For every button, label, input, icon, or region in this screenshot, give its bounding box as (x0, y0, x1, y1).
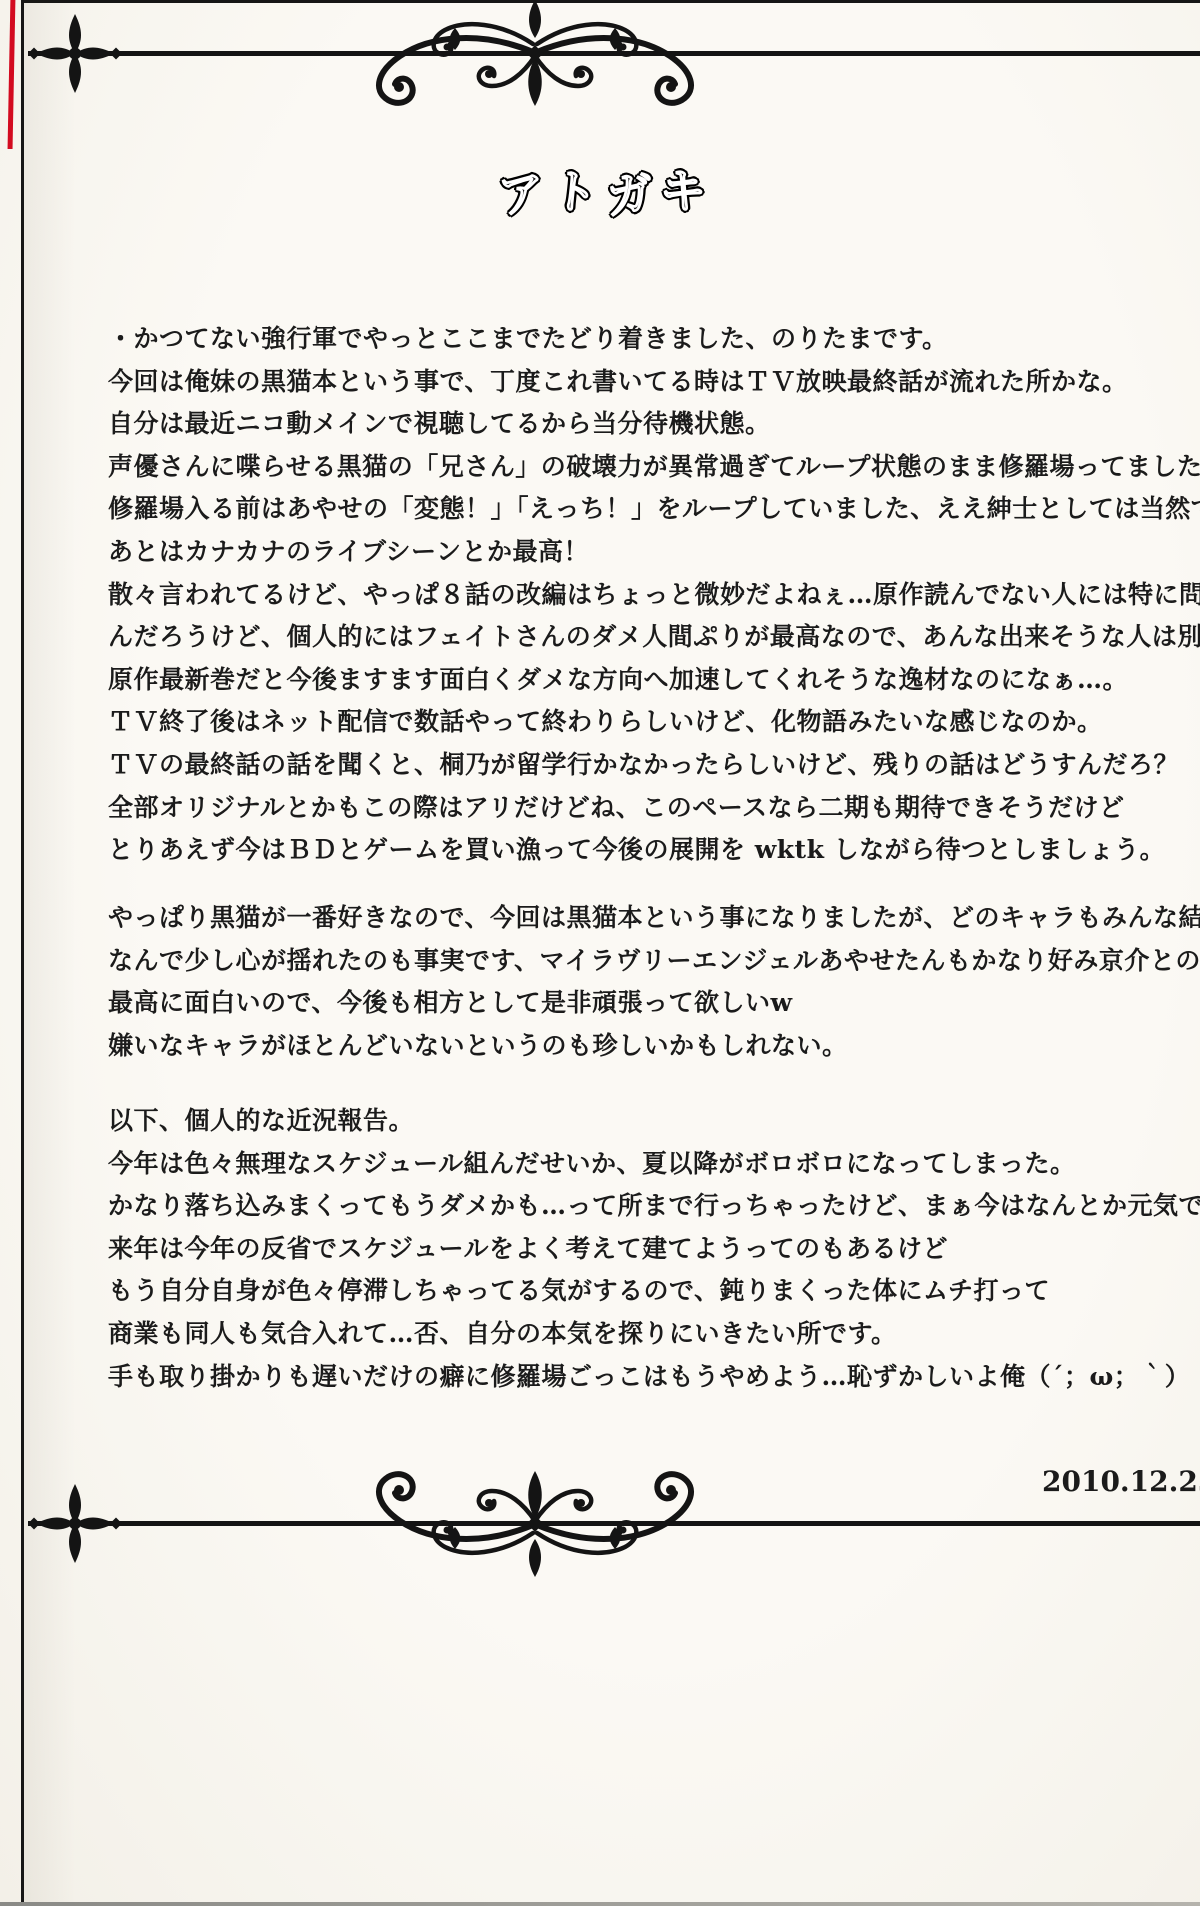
text-line: あとはカナカナのライブシーンとか最高！ (108, 531, 1200, 574)
text-line: 修羅場入る前はあやせの「変態！」「えっち！」をループしていました、ええ紳士として… (108, 488, 1200, 531)
text-line: 手も取り掛かりも遅いだけの癖に修羅場ごっこはもうやめよう…恥ずかしいよ俺（´；ω… (108, 1356, 1200, 1399)
paragraph-3: 以下、個人的な近況報告。 今年は色々無理なスケジュール組んだせいか、夏以降がボロ… (108, 1100, 1200, 1398)
text-line: もう自分自身が色々停滞しちゃってる気がするので、鈍りまくった体にムチ打って (108, 1270, 1200, 1313)
text-line: 来年は今年の反省でスケジュールをよく考えて建てようってのもあるけど (108, 1228, 1200, 1271)
ornamental-divider-top-icon (0, 0, 1200, 114)
text-line: 最高に面白いので、今後も相方として是非頑張って欲しいw (108, 982, 1200, 1025)
text-line: やっぱり黒猫が一番好きなので、今回は黒猫本という事になりましたが、どのキャラもみ… (108, 897, 1200, 940)
text-line: なんで少し心が揺れたのも事実です、マイラヴリーエンジェルあやせたんもかなり好み京… (108, 940, 1200, 983)
title-char: ガ (603, 157, 656, 227)
text-line: 全部オリジナルとかもこの際はアリだけどね、このペースなら二期も期待できそうだけど (108, 787, 1200, 830)
text-line: 原作最新巻だと今後ますます面白くダメな方向へ加速してくれそうな逸材なのになぁ…。 (108, 659, 1200, 702)
date-signature: 2010.12.23 のりたま (1042, 1460, 1200, 1500)
text-line: とりあえず今はＢＤとゲームを買い漁って今後の展開を wktk しながら待つとしま… (108, 829, 1200, 872)
text-line: 散々言われてるけど、やっぱ８話の改編はちょっと微妙だよねぇ…原作読んでない人には… (108, 574, 1200, 617)
text-line: ・かつてない強行軍でやっとここまでたどり着きました、のりたまです。 (108, 318, 1200, 361)
title-char: ト (549, 154, 602, 224)
text-line: ＴＶ終了後はネット配信で数話やって終わりらしいけど、化物語みたいな感じなのか。 (108, 701, 1200, 744)
title-char: キ (656, 152, 710, 223)
text-line: 今回は俺妹の黒猫本という事で、丁度これ書いてる時はＴＶ放映最終話が流れた所かな。 (108, 361, 1200, 404)
paragraph-2: やっぱり黒猫が一番好きなので、今回は黒猫本という事になりましたが、どのキャラもみ… (108, 897, 1200, 1067)
text-line: 商業も同人も気合入れて…否、自分の本気を探りにいきたい所です。 (108, 1313, 1200, 1356)
binding-shadow (24, 0, 76, 1906)
page-edge-bottom (0, 1902, 1200, 1906)
title-char: ア (493, 155, 549, 227)
paragraph-1: ・かつてない強行軍でやっとここまでたどり着きました、のりたまです。 今回は俺妹の… (108, 318, 1200, 872)
text-line: 声優さんに喋らせる黒猫の「兄さん」の破壊力が異常過ぎてループ状態のまま修羅場って… (108, 446, 1200, 489)
text-line: 以下、個人的な近況報告。 (108, 1100, 1200, 1143)
text-line: んだろうけど、個人的にはフェイトさんのダメ人間ぷりが最高なので、あんな出来そうな… (108, 616, 1200, 659)
text-line: 今年は色々無理なスケジュール組んだせいか、夏以降がボロボロになってしまった。 (108, 1143, 1200, 1186)
text-line: 自分は最近ニコ動メインで視聴してるから当分待機状態。 (108, 403, 1200, 446)
page-title: アトガキ (494, 156, 710, 222)
text-line: ＴＶの最終話の話を聞くと、桐乃が留学行かなかったらしいけど、残りの話はどうすんだ… (108, 744, 1200, 787)
ornamental-divider-bottom-icon (0, 1463, 1200, 1583)
text-line: かなり落ち込みまくってもうダメかも…って所まで行っちゃったけど、まぁ今はなんとか… (108, 1185, 1200, 1228)
text-line: 嫌いなキャラがほとんどいないというのも珍しいかもしれない。 (108, 1025, 1200, 1068)
